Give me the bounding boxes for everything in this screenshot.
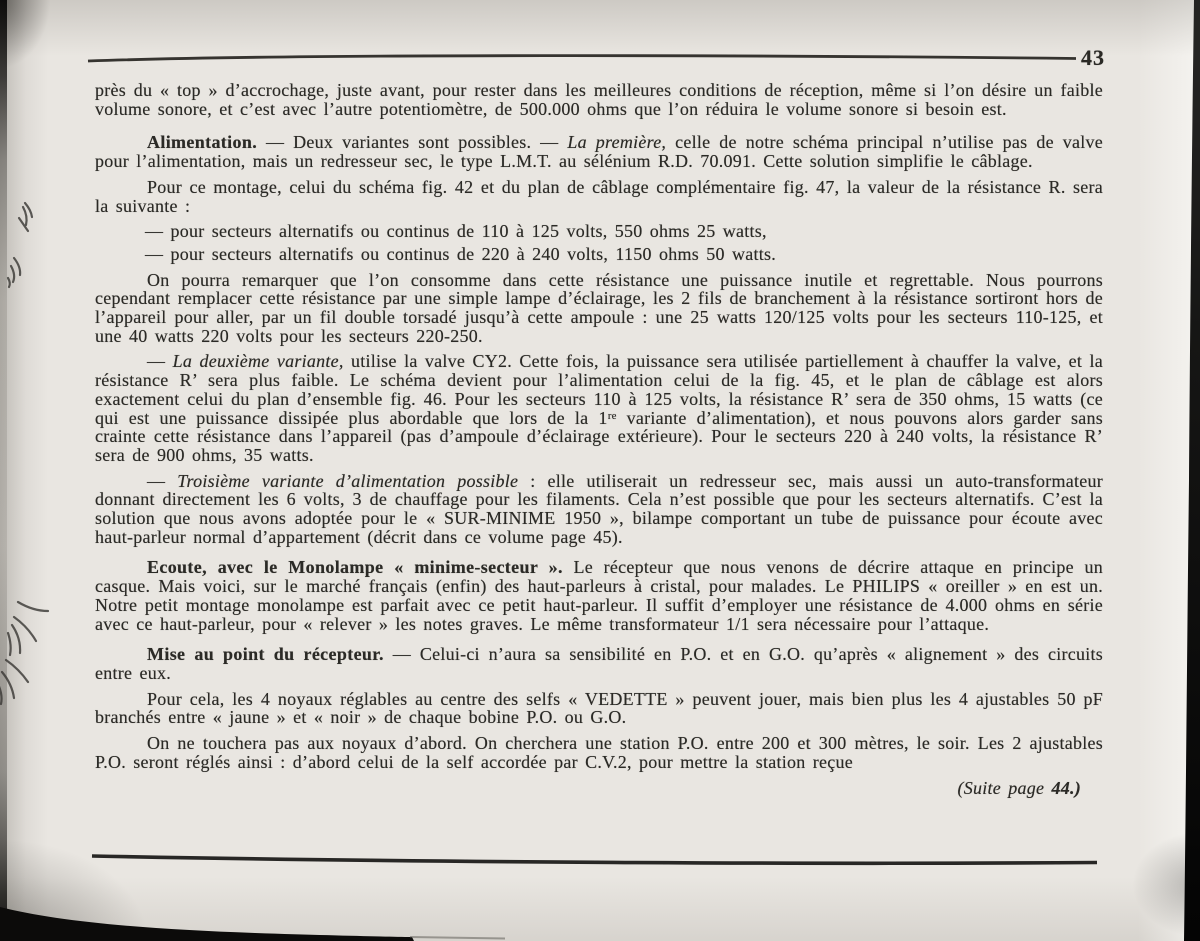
- list-item-secteurs-110: — pour secteurs alternatifs ou continus …: [95, 222, 1103, 241]
- left-binding-shadow: [0, 0, 7, 941]
- body-text: — pour secteurs alternatifs ou continus …: [145, 244, 776, 264]
- section-heading-mise-au-point: Mise au point du récepteur.: [147, 644, 384, 664]
- bottom-rule: [92, 856, 1097, 863]
- section-heading-ecoute: Ecoute, avec le Monolampe « minime-secte…: [147, 557, 563, 577]
- page-text: près du « top » d’accrochage, juste avan…: [95, 74, 1103, 797]
- paragraph-remarque: On pourra remarquer que l’on consomme da…: [95, 271, 1103, 346]
- body-text: Pour ce montage, celui du schéma fig. 42…: [95, 177, 1103, 216]
- bottom-scan-shadow-tail: [410, 937, 505, 939]
- paragraph-ecoute: Ecoute, avec le Monolampe « minime-secte…: [95, 558, 1103, 633]
- list-item-secteurs-220: — pour secteurs alternatifs ou continus …: [95, 245, 1103, 264]
- book-page: 43 près du « top » d’accrochage, juste a…: [0, 0, 1200, 941]
- continuation-note: (Suite page 44.): [95, 779, 1103, 798]
- emphasis-text: La première,: [567, 132, 666, 152]
- paragraph-noyaux: On ne touchera pas aux noyaux d’abord. O…: [95, 734, 1103, 771]
- body-text: On ne touchera pas aux noyaux d’abord. O…: [95, 733, 1103, 772]
- paragraph-montage: Pour ce montage, celui du schéma fig. 42…: [95, 178, 1103, 215]
- body-text: — pour secteurs alternatifs ou continus …: [145, 221, 767, 241]
- ink-mark: [8, 602, 48, 655]
- ink-mark: [0, 660, 28, 704]
- paragraph-pour-cela: Pour cela, les 4 noyaux réglables au cen…: [95, 690, 1103, 727]
- body-text: Pour cela, les 4 noyaux réglables au cen…: [95, 689, 1103, 728]
- ink-mark: [8, 258, 20, 287]
- right-binding-shadow: [1184, 0, 1200, 941]
- ink-marks: [0, 203, 48, 704]
- paragraph-deuxieme-variante: — La deuxième variante, utilise la valve…: [95, 352, 1103, 464]
- left-page-shade: [0, 0, 26, 941]
- body-text: On pourra remarquer que l’on consomme da…: [95, 270, 1103, 346]
- emphasis-text: Troisième variante d’alimentation possib…: [177, 471, 518, 491]
- paragraph-continuation: près du « top » d’accrochage, juste avan…: [95, 81, 1103, 118]
- continuation-note-text: (Suite page 44.): [958, 778, 1081, 798]
- top-rule: [88, 56, 1076, 61]
- bottom-scan-shadow: [0, 907, 414, 941]
- paragraph-troisieme-variante: — Troisième variante d’alimentation poss…: [95, 472, 1103, 547]
- page-number: 43: [1081, 45, 1105, 71]
- section-heading-alimentation: Alimentation.: [147, 132, 257, 152]
- body-text: —: [147, 351, 173, 371]
- body-text: —: [147, 471, 177, 491]
- body-text: près du « top » d’accrochage, juste avan…: [95, 80, 1103, 119]
- paragraph-alimentation: Alimentation. — Deux variantes sont poss…: [95, 133, 1103, 170]
- body-text: — Deux variantes sont possibles. —: [257, 132, 567, 152]
- paragraph-mise-au-point: Mise au point du récepteur. — Celui-ci n…: [95, 645, 1103, 682]
- emphasis-text: La deuxième variante,: [173, 351, 344, 371]
- ink-mark: [19, 203, 32, 231]
